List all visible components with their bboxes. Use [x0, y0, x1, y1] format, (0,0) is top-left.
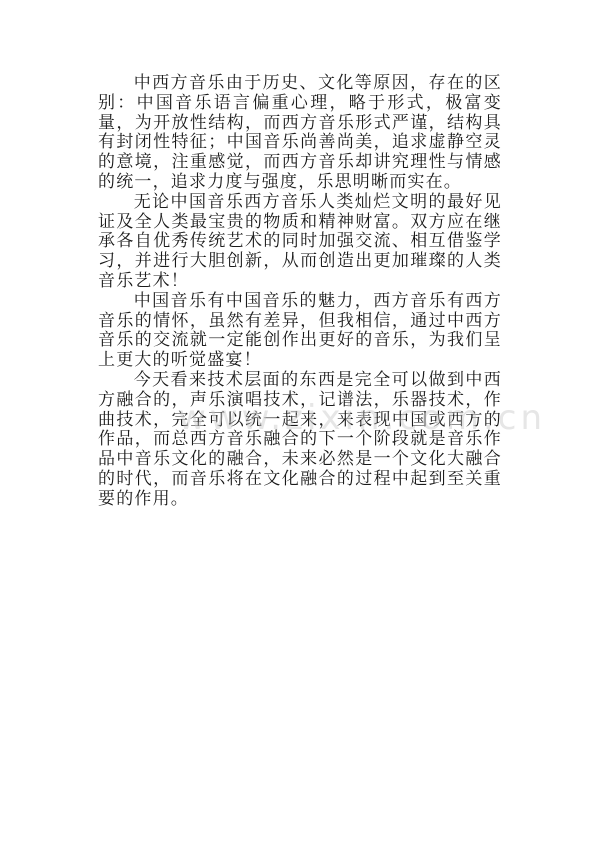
paragraph-2: 无论中国音乐西方音乐人类灿烂文明的最好见证及全人类最宝贵的物质和精神财富。双方应…	[98, 193, 502, 292]
paragraph-1: 中西方音乐由于历史、文化等原因，存在的区别：中国音乐语言偏重心理，略于形式，极富…	[98, 74, 502, 193]
paragraph-4: 今天看来技术层面的东西是完全可以做到中西方融合的，声乐演唱技术，记谱法，乐器技术…	[98, 371, 502, 510]
body-text: 中西方音乐由于历史、文化等原因，存在的区别：中国音乐语言偏重心理，略于形式，极富…	[98, 74, 502, 510]
document-page: 中西方音乐由于历史、文化等原因，存在的区别：中国音乐语言偏重心理，略于形式，极富…	[0, 0, 600, 849]
paragraph-3: 中国音乐有中国音乐的魅力，西方音乐有西方音乐的情怀，虽然有差异，但我相信，通过中…	[98, 292, 502, 371]
